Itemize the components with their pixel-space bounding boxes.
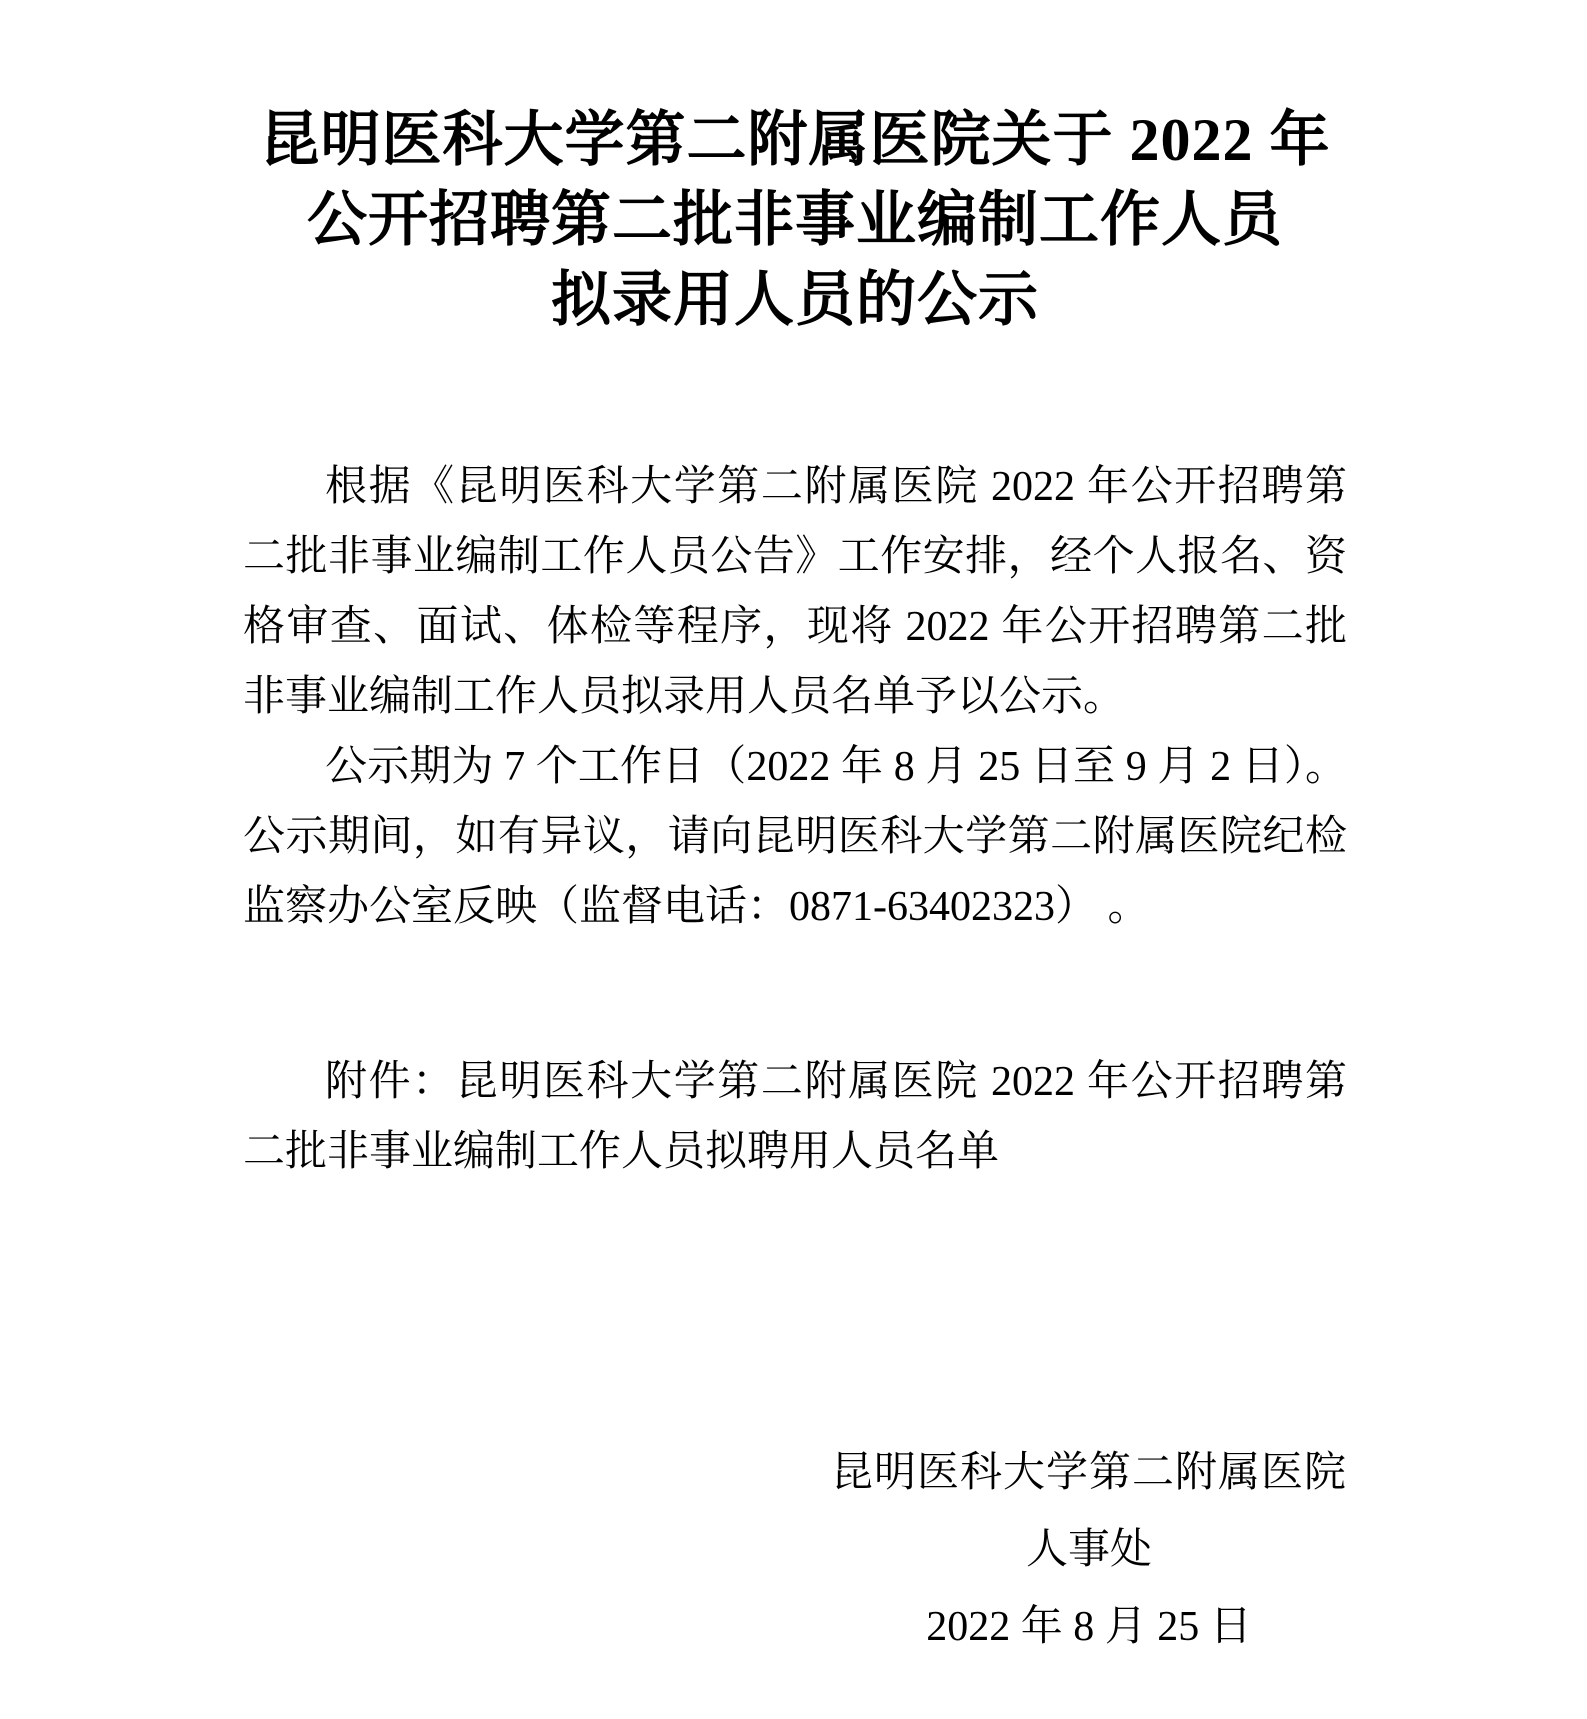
body-line: 格审查、面试、体检等程序，现将 2022 年公开招聘第二批 (243, 592, 1347, 662)
body-line: 根据《昆明医科大学第二附属医院 2022 年公开招聘第 (243, 452, 1347, 522)
attachment-line: 二批非事业编制工作人员拟聘用人员名单 (243, 1117, 1347, 1187)
title-line-3: 拟录用人员的公示 (243, 260, 1347, 340)
title-line-1: 昆明医科大学第二附属医院关于 2022 年 (243, 100, 1347, 180)
body-line: 二批非事业编制工作人员公告》工作安排，经个人报名、资 (243, 522, 1347, 592)
body-line: 公示期间，如有异议，请向昆明医科大学第二附属医院纪检 (243, 802, 1347, 872)
document-body: 根据《昆明医科大学第二附属医院 2022 年公开招聘第 二批非事业编制工作人员公… (243, 452, 1347, 1187)
signature-block: 昆明医科大学第二附属医院 人事处 2022 年 8 月 25 日 (243, 1435, 1347, 1666)
signature-department: 人事处 (831, 1512, 1347, 1589)
body-line: 非事业编制工作人员拟录用人员名单予以公示。 (243, 662, 1347, 732)
title-line-2: 公开招聘第二批非事业编制工作人员 (243, 180, 1347, 260)
body-line: 监察办公室反映（监督电话：0871-63402323） 。 (243, 872, 1347, 942)
document-page: 昆明医科大学第二附属医院关于 2022 年 公开招聘第二批非事业编制工作人员 拟… (0, 0, 1587, 1719)
signature-date: 2022 年 8 月 25 日 (831, 1589, 1347, 1666)
signature-organization: 昆明医科大学第二附属医院 (831, 1435, 1347, 1512)
attachment-line: 附件：昆明医科大学第二附属医院 2022 年公开招聘第 (243, 1047, 1347, 1117)
body-line: 公示期为 7 个工作日（2022 年 8 月 25 日至 9 月 2 日）。 (243, 732, 1347, 802)
document-title: 昆明医科大学第二附属医院关于 2022 年 公开招聘第二批非事业编制工作人员 拟… (243, 100, 1347, 340)
signature-inner: 昆明医科大学第二附属医院 人事处 2022 年 8 月 25 日 (831, 1435, 1347, 1666)
